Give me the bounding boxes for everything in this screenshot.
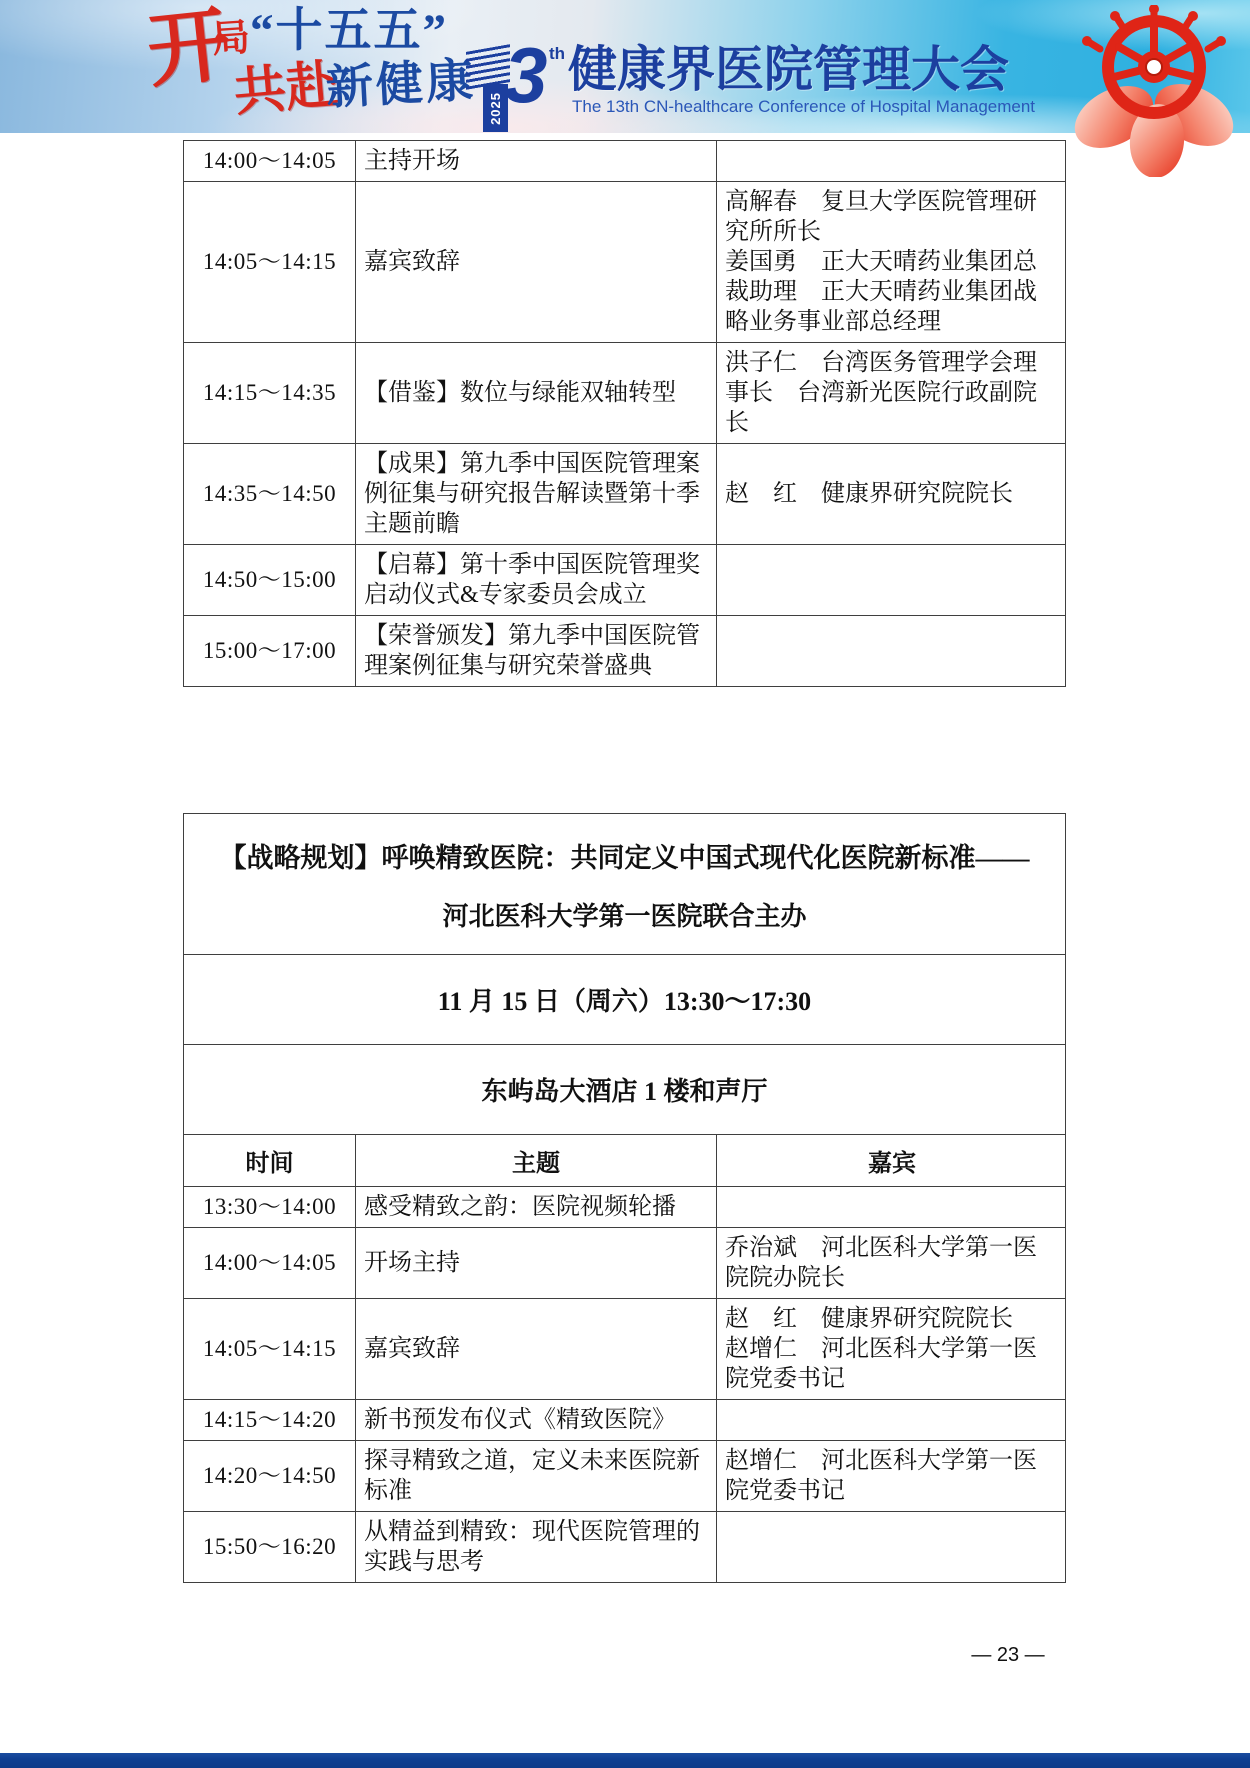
schedule-row: 14:15～14:20新书预发布仪式《精致医院》 xyxy=(184,1399,1065,1440)
guest-cell xyxy=(716,141,1067,181)
column-header-time: 时间 xyxy=(184,1135,355,1186)
schedule-row: 14:20～14:50探寻精致之道，定义未来医院新标准赵增仁 河北医科大学第一医… xyxy=(184,1440,1065,1511)
logo-year-label: 2025 xyxy=(488,92,503,125)
guest-cell: 洪子仁 台湾医务管理学会理事长 台湾新光医院行政副院长 xyxy=(716,343,1067,443)
session-datetime: 11 月 15 日（周六）13:30～17:30 xyxy=(184,954,1065,1044)
guest-cell xyxy=(716,545,1067,615)
time-cell: 14:05～14:15 xyxy=(184,1299,355,1399)
document-page: 开 局 “十五五” 共赴 新健康 2025 3 th 健康界医院管理大会 The… xyxy=(0,0,1250,1768)
guest-cell xyxy=(716,1187,1067,1227)
schedule-row: 14:05～14:15嘉宾致辞高解春 复旦大学医院管理研究所所长 姜国勇 正大天… xyxy=(184,181,1065,342)
schedule-row: 15:00～17:00【荣誉颁发】第九季中国医院管理案例征集与研究荣誉盛典 xyxy=(184,615,1065,686)
slogan-line2-blue: 新健康 xyxy=(325,58,477,113)
footer-bar xyxy=(0,1753,1250,1768)
logo-th-superscript: th xyxy=(549,44,565,64)
guest-cell: 乔治斌 河北医科大学第一医院院办院长 xyxy=(716,1228,1067,1298)
schedule-row: 14:15～14:35【借鉴】数位与绿能双轴转型洪子仁 台湾医务管理学会理事长 … xyxy=(184,342,1065,443)
time-cell: 14:00～14:05 xyxy=(184,1228,355,1298)
logo-three-digit: 3 xyxy=(504,36,547,114)
time-cell: 15:00～17:00 xyxy=(184,616,355,686)
guest-cell xyxy=(716,616,1067,686)
time-cell: 14:35～14:50 xyxy=(184,444,355,544)
schedule-row: 14:00～14:05主持开场 xyxy=(184,141,1065,181)
guest-cell: 赵 红 健康界研究院院长 赵增仁 河北医科大学第一医院党委书记 xyxy=(716,1299,1067,1399)
schedule-row: 14:35～14:50【成果】第九季中国医院管理案例征集与研究报告解读暨第十季主… xyxy=(184,443,1065,544)
ship-wheel-icon xyxy=(1062,5,1247,177)
slogan-line2-red: 共赴 xyxy=(232,60,340,121)
time-cell: 14:50～15:00 xyxy=(184,545,355,615)
topic-cell: 探寻精致之道，定义未来医院新标准 xyxy=(355,1441,716,1511)
column-header-topic: 主题 xyxy=(355,1135,716,1186)
column-header-guest: 嘉宾 xyxy=(716,1135,1067,1186)
topic-cell: 感受精致之韵：医院视频轮播 xyxy=(355,1187,716,1227)
schedule-table-2-body: 13:30～14:00感受精致之韵：医院视频轮播14:00～14:05开场主持乔… xyxy=(184,1186,1065,1582)
slogan-ju-character: 局 xyxy=(211,19,252,60)
session-title-line1: 【战略规划】呼唤精致医院：共同定义中国式现代化医院新标准—— xyxy=(192,838,1057,878)
guest-cell: 高解春 复旦大学医院管理研究所所长 姜国勇 正大天晴药业集团总裁助理 正大天晴药… xyxy=(716,182,1067,342)
session-venue: 东屿岛大酒店 1 楼和声厅 xyxy=(184,1044,1065,1134)
guest-cell xyxy=(716,1512,1067,1582)
schedule-row: 15:50～16:20从精益到精致：现代医院管理的实践与思考 xyxy=(184,1511,1065,1582)
session-title-cell: 【战略规划】呼唤精致医院：共同定义中国式现代化医院新标准—— 河北医科大学第一医… xyxy=(184,814,1065,954)
topic-cell: 开场主持 xyxy=(355,1228,716,1298)
topic-cell: 【荣誉颁发】第九季中国医院管理案例征集与研究荣誉盛典 xyxy=(355,616,716,686)
topic-cell: 嘉宾致辞 xyxy=(355,1299,716,1399)
topic-cell: 【成果】第九季中国医院管理案例征集与研究报告解读暨第十季主题前瞻 xyxy=(355,444,716,544)
schedule-table-1-body: 14:00～14:05主持开场14:05～14:15嘉宾致辞高解春 复旦大学医院… xyxy=(184,141,1065,686)
time-cell: 15:50～16:20 xyxy=(184,1512,355,1582)
session-title-line2: 河北医科大学第一医院联合主办 xyxy=(192,900,1057,934)
schedule-table-1: 14:00～14:05主持开场14:05～14:15嘉宾致辞高解春 复旦大学医院… xyxy=(183,140,1066,687)
conference-title-en: The 13th CN-healthcare Conference of Hos… xyxy=(572,97,1035,117)
guest-cell: 赵 红 健康界研究院院长 xyxy=(716,444,1067,544)
page-number: — 23 — xyxy=(948,1644,1068,1667)
schedule-row: 14:05～14:15嘉宾致辞赵 红 健康界研究院院长 赵增仁 河北医科大学第一… xyxy=(184,1298,1065,1399)
table-header-row: 时间 主题 嘉宾 xyxy=(184,1134,1065,1186)
schedule-row: 14:50～15:00【启幕】第十季中国医院管理奖启动仪式&专家委员会成立 xyxy=(184,544,1065,615)
time-cell: 14:15～14:35 xyxy=(184,343,355,443)
time-cell: 13:30～14:00 xyxy=(184,1187,355,1227)
time-cell: 14:15～14:20 xyxy=(184,1400,355,1440)
time-cell: 14:05～14:15 xyxy=(184,182,355,342)
guest-cell: 赵增仁 河北医科大学第一医院党委书记 xyxy=(716,1441,1067,1511)
time-cell: 14:20～14:50 xyxy=(184,1441,355,1511)
topic-cell: 嘉宾致辞 xyxy=(355,182,716,342)
schedule-row: 13:30～14:00感受精致之韵：医院视频轮播 xyxy=(184,1186,1065,1227)
topic-cell: 主持开场 xyxy=(355,141,716,181)
conference-title-cn: 健康界医院管理大会 xyxy=(568,44,1009,95)
topic-cell: 【启幕】第十季中国医院管理奖启动仪式&专家委员会成立 xyxy=(355,545,716,615)
time-cell: 14:00～14:05 xyxy=(184,141,355,181)
session-block: 【战略规划】呼唤精致医院：共同定义中国式现代化医院新标准—— 河北医科大学第一医… xyxy=(183,813,1066,1583)
guest-cell xyxy=(716,1400,1067,1440)
schedule-row: 14:00～14:05开场主持乔治斌 河北医科大学第一医院院办院长 xyxy=(184,1227,1065,1298)
topic-cell: 新书预发布仪式《精致医院》 xyxy=(355,1400,716,1440)
topic-cell: 【借鉴】数位与绿能双轴转型 xyxy=(355,343,716,443)
slogan-quoted-text: “十五五” xyxy=(250,8,448,55)
topic-cell: 从精益到精致：现代医院管理的实践与思考 xyxy=(355,1512,716,1582)
